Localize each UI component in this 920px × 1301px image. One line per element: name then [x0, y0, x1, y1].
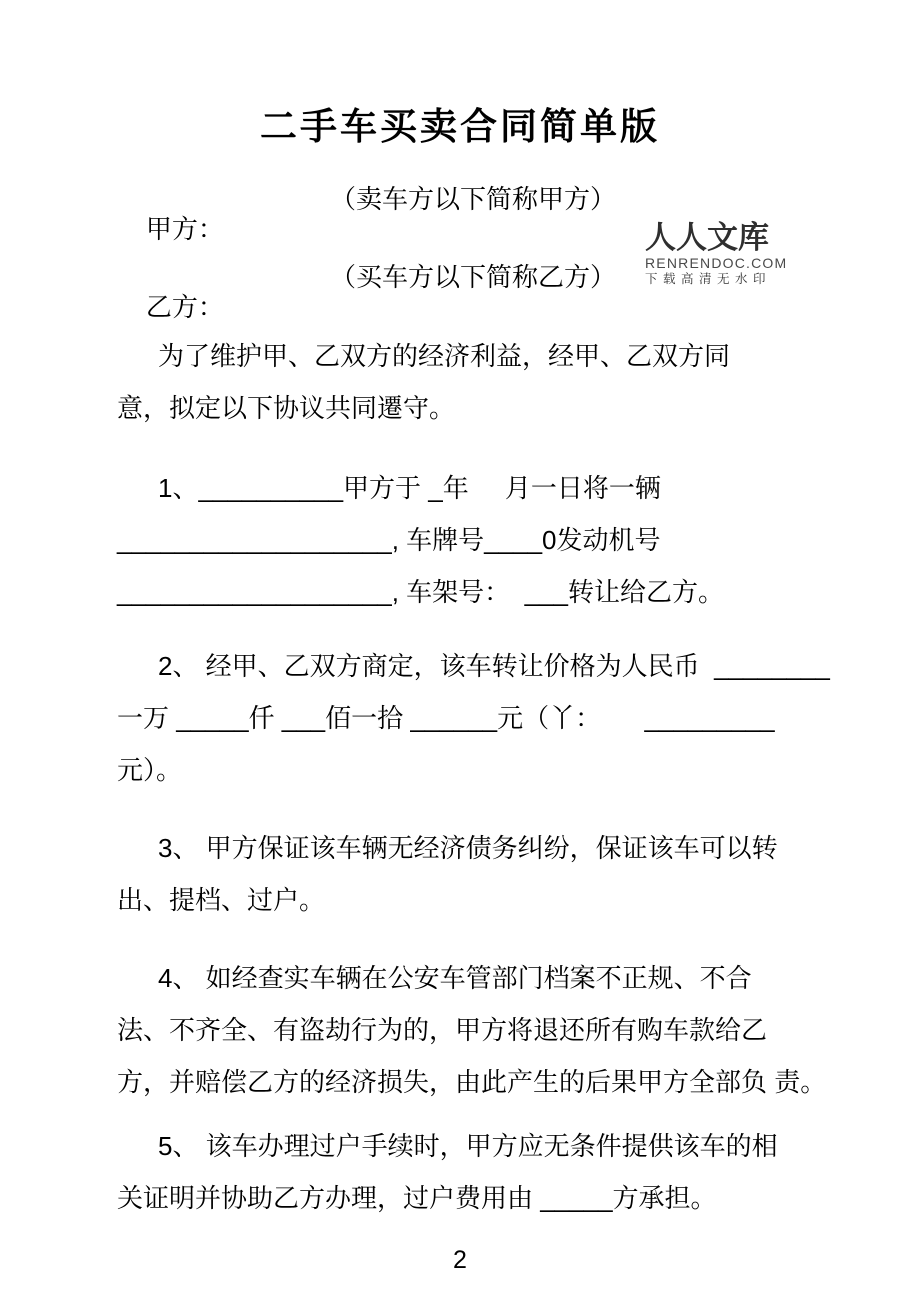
clause-4-line-2: 法、不齐全、有盗劫行为的，甲方将退还所有购车款给乙: [117, 1004, 817, 1056]
party-a-label: 甲方：: [146, 214, 224, 244]
watermark: 人人文库 RENRENDOC.COM 下载高清无水印: [645, 220, 795, 287]
intro-line-1: 为了维护甲、乙双方的经济利益，经甲、乙双方同: [117, 330, 817, 382]
watermark-site-url: RENRENDOC.COM: [645, 256, 795, 271]
clause-3: 3、 甲方保证该车辆无经济债务纠纷，保证该车可以转 出、提档、过户。: [117, 822, 817, 926]
intro-line-2: 意，拟定以下协议共同遷守。: [117, 382, 817, 434]
clause-4-line-1: 4、 如经查实车辆在公安车管部门档案不正规、不合: [117, 952, 817, 1004]
watermark-tagline: 下载高清无水印: [645, 272, 795, 287]
clause-2-line-2: 一万 _____仟 ___佰一拾 ______元（丫： _________: [117, 692, 817, 744]
intro-paragraph: 为了维护甲、乙双方的经济利益，经甲、乙双方同 意，拟定以下协议共同遷守。: [117, 330, 817, 434]
clause-4: 4、 如经查实车辆在公安车管部门档案不正规、不合 法、不齐全、有盗劫行为的，甲方…: [117, 952, 817, 1108]
page-title: 二手车买卖合同简单版: [0, 96, 920, 150]
party-b-note: （买车方以下简称乙方）: [330, 262, 616, 292]
clause-2: 2、 经甲、乙双方商定，该车转让价格为人民币 ________ 一万 _____…: [117, 640, 817, 796]
clause-5-line-2: 关证明并协助乙方办理，过户费用由 _____方承担。: [117, 1172, 817, 1224]
page-number: 2: [0, 1246, 920, 1275]
watermark-logo-text: 人人文库: [645, 220, 795, 256]
contract-page: 二手车买卖合同简单版 甲方： （卖车方以下简称甲方） 乙方： （买车方以下简称乙…: [0, 0, 920, 1301]
clause-3-line-2: 出、提档、过户。: [117, 874, 817, 926]
clause-1-line-1: 1、__________甲方于 _年 月一日将一辆: [117, 462, 817, 514]
clause-1-line-3: ___________________, 车架号： ___转让给乙方。: [117, 566, 817, 618]
clause-1: 1、__________甲方于 _年 月一日将一辆 ______________…: [117, 462, 817, 618]
clause-5: 5、 该车办理过户手续时，甲方应无条件提供该车的相 关证明并协助乙方办理，过户费…: [117, 1120, 817, 1224]
clause-1-line-2: ___________________, 车牌号____0发动机号: [117, 514, 817, 566]
clause-2-line-1: 2、 经甲、乙双方商定，该车转让价格为人民币 ________: [117, 640, 817, 692]
clause-4-line-3: 方，并赔偿乙方的经济损失，由此产生的后果甲方全部负 责。: [117, 1056, 817, 1108]
clause-3-line-1: 3、 甲方保证该车辆无经济债务纠纷，保证该车可以转: [117, 822, 817, 874]
party-b-label: 乙方：: [146, 292, 224, 322]
clause-5-line-1: 5、 该车办理过户手续时，甲方应无条件提供该车的相: [117, 1120, 817, 1172]
clause-2-line-3: 元）。: [117, 744, 817, 796]
party-a-note: （卖车方以下简称甲方）: [330, 184, 616, 214]
